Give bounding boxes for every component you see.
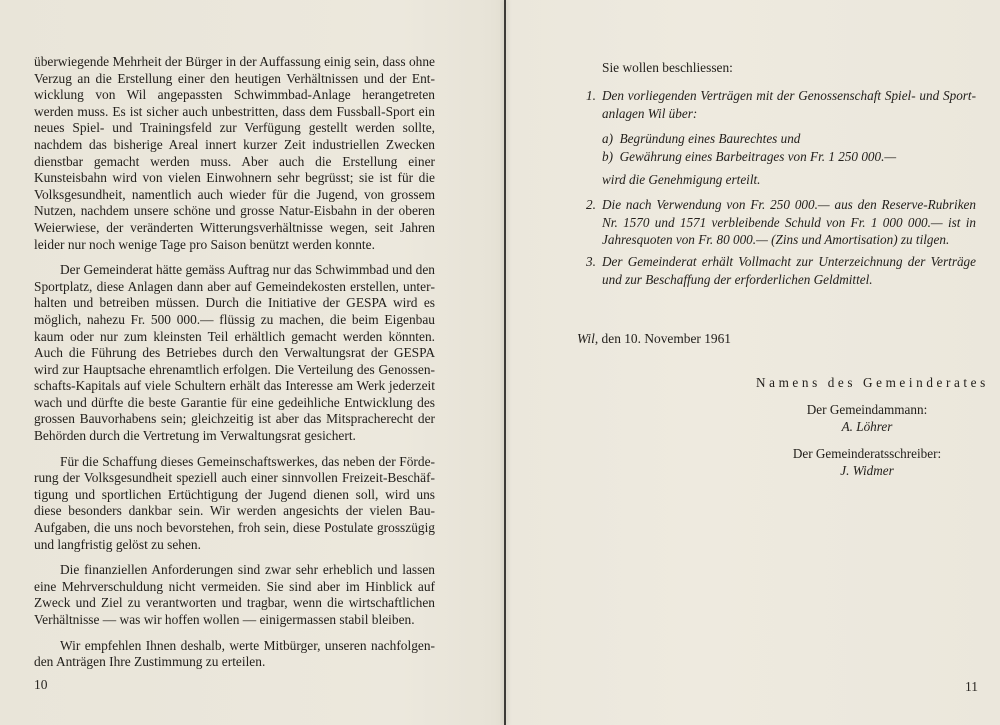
resolution-number: 3. xyxy=(586,253,596,271)
paragraph: Der Gemeinderat hätte gemäss Auftrag nur… xyxy=(34,262,435,445)
signatory-role: Der Gemeindammann: xyxy=(756,401,978,418)
paragraph: überwiegende Mehrheit der Bürger in der … xyxy=(34,54,435,253)
booklet-spread: überwiegende Mehrheit der Bürger in der … xyxy=(0,0,1000,725)
signature-heading: Namens des Gemeinderates xyxy=(756,375,978,391)
resolution-item: 3. Der Gemeinderat erhält Vollmacht zur … xyxy=(586,253,976,288)
dateline: Wil, den 10. November 1961 xyxy=(577,331,731,347)
resolution-subitems: a) Begründung eines Baurechtes und b) Ge… xyxy=(602,130,976,165)
page-number-left: 10 xyxy=(34,677,48,693)
resolution-item: 2. Die nach Verwendung von Fr. 250 000.—… xyxy=(586,196,976,249)
resolution-conclusion: wird die Genehmigung erteilt. xyxy=(602,171,976,189)
resolution-subitem: b) Gewährung eines Barbeitrages von Fr. … xyxy=(602,148,976,166)
resolution-item: 1. Den vorliegenden Verträgen mit der Ge… xyxy=(586,87,976,189)
dateline-date: , den 10. November 1961 xyxy=(595,331,731,346)
paragraph: Die finanziellen Anforderungen sind zwar… xyxy=(34,562,435,628)
signatory-name: J. Widmer xyxy=(756,462,978,479)
page-number-right: 11 xyxy=(965,679,978,695)
signatory-role: Der Gemeinderatsschreiber: xyxy=(756,445,978,462)
paragraph: Für die Schaffung dieses Gemeinschaftswe… xyxy=(34,454,435,554)
resolution-number: 1. xyxy=(586,87,596,105)
left-page-text: überwiegende Mehrheit der Bürger in der … xyxy=(34,54,435,680)
resolution-text: Den vorliegenden Verträgen mit der Genos… xyxy=(602,87,976,122)
signature-block: Namens des Gemeinderates Der Gemeindamma… xyxy=(756,375,978,489)
signatory-name: A. Löhrer xyxy=(756,418,978,435)
resolution-intro: Sie wollen beschliessen: xyxy=(602,60,733,76)
resolution-text: Die nach Verwendung von Fr. 250 000.— au… xyxy=(602,196,976,249)
resolution-subitem: a) Begründung eines Baurechtes und xyxy=(602,130,976,148)
paragraph: Wir empfehlen Ihnen deshalb, werte Mitbü… xyxy=(34,638,435,671)
dateline-place: Wil xyxy=(577,331,595,346)
resolution-text: Der Gemeinderat erhält Vollmacht zur Unt… xyxy=(602,253,976,288)
resolution-number: 2. xyxy=(586,196,596,214)
book-spine-fold xyxy=(504,0,506,725)
